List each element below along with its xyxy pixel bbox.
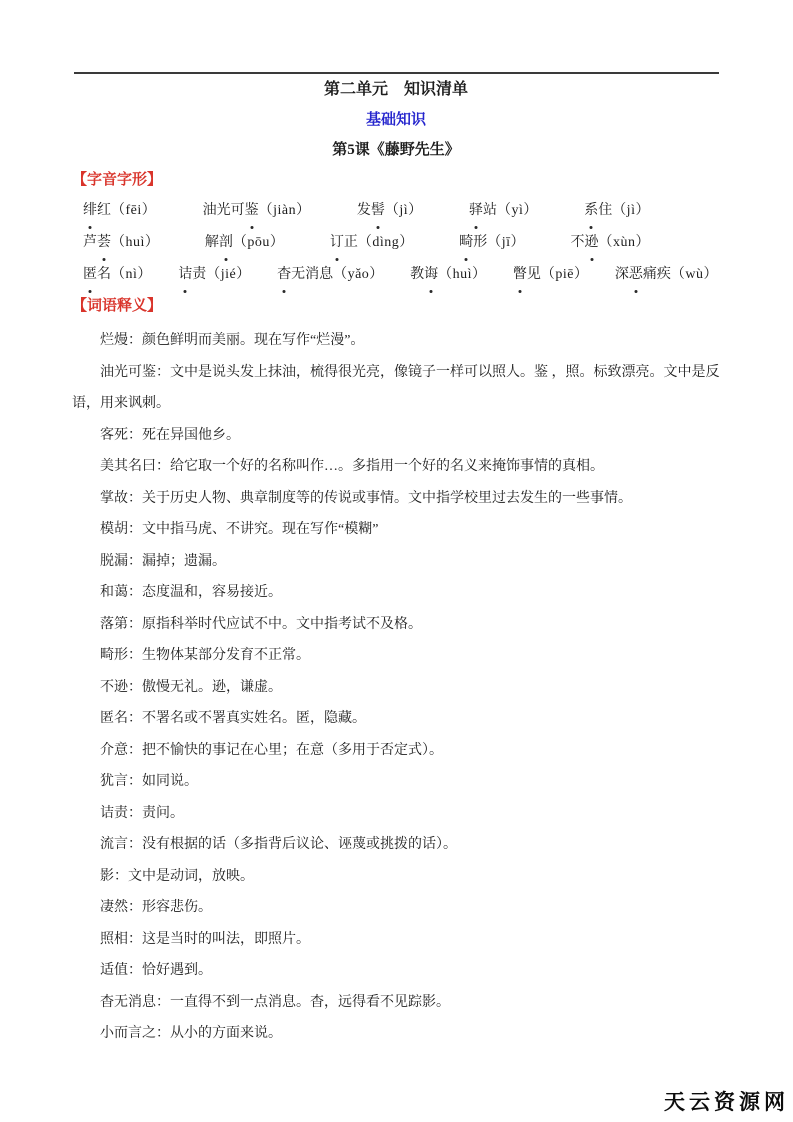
pinyin-item: 深恶痛疾（wù） [615,259,718,291]
basic-knowledge-link[interactable]: 基础知识 [366,112,426,128]
pinyin-item: 解剖（pōu） [205,227,285,259]
site-watermark: 天云资源网 [664,1086,789,1116]
definition-item: 油光可鉴：文中是说头发上抹油，梳得很光亮，像镜子一样可以照人。鉴 ，照。标致漂亮… [72,357,720,420]
definition-item: 凄然：形容悲伤。 [72,892,720,924]
definition-item: 照相：这是当时的叫法，即照片。 [72,924,720,956]
pinyin-rows: 绯红（fēi）油光可鉴（jiàn）发髻（jì）驿站（yì）系住（jì）芦荟（hu… [83,195,720,291]
definition-item: 美其名曰：给它取一个好的名称叫作…。多指用一个好的名义来掩饰事情的真相。 [72,451,720,483]
document-content: 第二单元 知识清单 基础知识 第5课《藤野先生》 【字音字形】 绯红（fēi）油… [72,72,720,1050]
definition-item: 模胡：文中指马虎、不讲究。现在写作“模糊” [72,514,720,546]
definitions-section-heading: 【词语释义】 [72,291,720,321]
pinyin-item: 杳无消息（yǎo） [277,259,384,291]
definition-item: 杳无消息：一直得不到一点消息。杳，远得看不见踪影。 [72,987,720,1019]
pinyin-item: 不逊（xùn） [571,227,651,259]
pinyin-row: 匿名（nì）诘责（jié）杳无消息（yǎo）教诲（huì）瞥见（piē）深恶痛疾… [83,259,718,291]
definition-item: 和蔼：态度温和，容易接近。 [72,577,720,609]
definition-item: 畸形：生物体某部分发育不正常。 [72,640,720,672]
definition-item: 影：文中是动词，放映。 [72,861,720,893]
pinyin-item: 瞥见（piē） [513,259,589,291]
pinyin-row: 芦荟（huì）解剖（pōu）订正（dìng）畸形（jī）不逊（xùn） [83,227,650,259]
pinyin-item: 教诲（huì） [410,259,486,291]
unit-title: 第二单元 知识清单 [72,75,720,105]
definition-item: 掌故：关于历史人物、典章制度等的传说或事情。文中指学校里过去发生的一些事情。 [72,483,720,515]
definition-item: 小而言之：从小的方面来说。 [72,1018,720,1050]
pinyin-item: 发髻（jì） [357,195,423,227]
definition-item: 介意：把不愉快的事记在心里；在意（多用于否定式）。 [72,735,720,767]
pinyin-item: 驿站（yì） [469,195,538,227]
definition-item: 适值：恰好遇到。 [72,955,720,987]
pinyin-row: 绯红（fēi）油光可鉴（jiàn）发髻（jì）驿站（yì）系住（jì） [83,195,650,227]
definition-item: 诘责：责问。 [72,798,720,830]
pinyin-item: 诘责（jié） [178,259,251,291]
definition-item: 客死：死在异国他乡。 [72,420,720,452]
definition-item: 烂熳：颜色鲜明而美丽。现在写作“烂漫”。 [72,325,720,357]
phonetics-section-heading: 【字音字形】 [72,165,720,195]
pinyin-item: 绯红（fēi） [83,195,156,227]
pinyin-item: 芦荟（huì） [83,227,159,259]
pinyin-item: 系住（jì） [584,195,650,227]
definition-item: 匿名：不署名或不署真实姓名。匿，隐藏。 [72,703,720,735]
definition-item: 不逊：傲慢无礼。逊，谦虚。 [72,672,720,704]
definition-item: 流言：没有根据的话（多指背后议论、诬蔑或挑拨的话）。 [72,829,720,861]
definitions-list: 烂熳：颜色鲜明而美丽。现在写作“烂漫”。油光可鉴：文中是说头发上抹油，梳得很光亮… [72,325,720,1050]
pinyin-item: 畸形（jī） [459,227,525,259]
definition-item: 脱漏：漏掉；遗漏。 [72,546,720,578]
definition-item: 落第：原指科举时代应试不中。文中指考试不及格。 [72,609,720,641]
pinyin-item: 匿名（nì） [83,259,152,291]
top-horizontal-rule [74,72,719,74]
pinyin-item: 订正（dìng） [330,227,414,259]
pinyin-item: 油光可鉴（jiàn） [203,195,311,227]
definition-item: 犹言：如同说。 [72,766,720,798]
document-page: 第二单元 知识清单 基础知识 第5课《藤野先生》 【字音字形】 绯红（fēi）油… [0,0,793,1122]
lesson-title: 第5课《藤野先生》 [72,135,720,165]
